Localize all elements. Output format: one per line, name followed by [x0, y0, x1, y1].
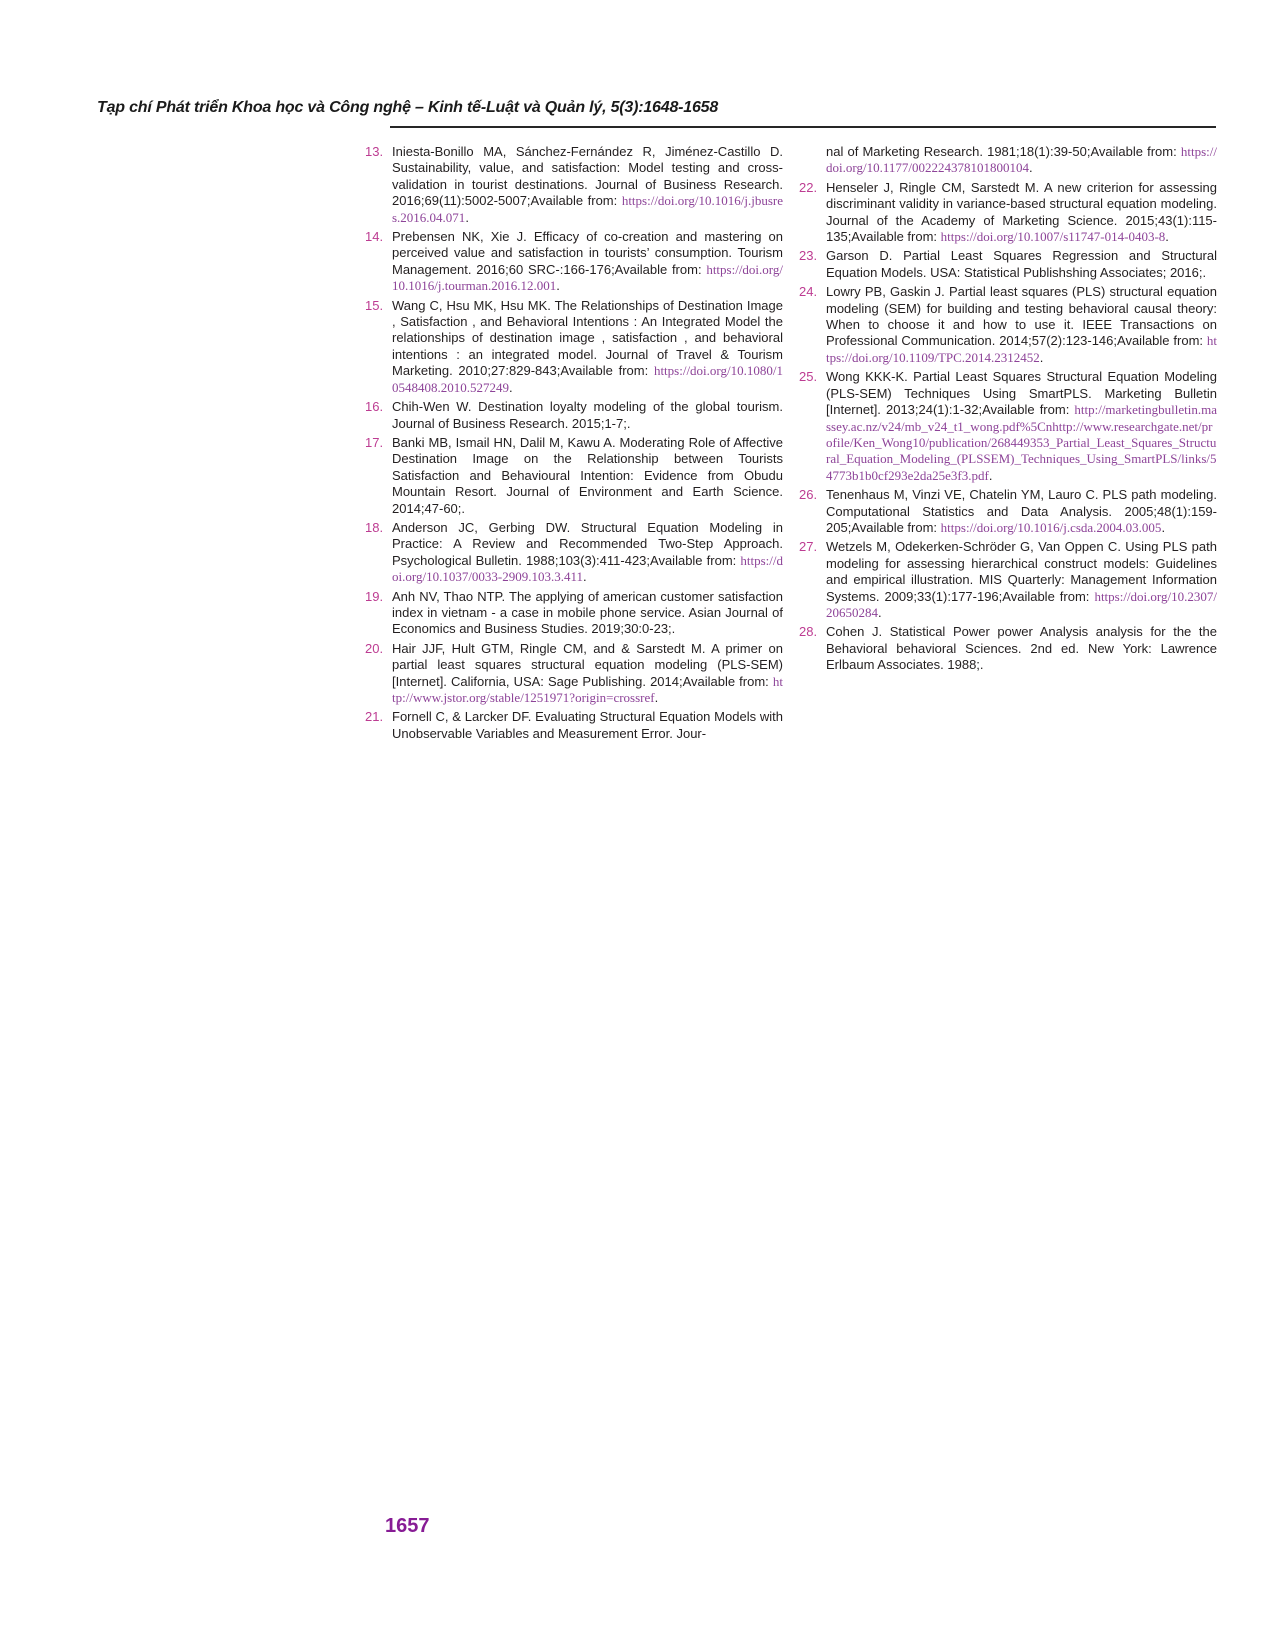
- references-column-right: nal of Marketing Research. 1981;18(1):39…: [799, 144, 1217, 745]
- reference-text: Hair JJF, Hult GTM, Ringle CM, and & Sar…: [392, 641, 783, 707]
- reference-item: 24.Lowry PB, Gaskin J. Partial least squ…: [799, 284, 1217, 366]
- reference-text-segment: nal of Marketing Research. 1981;18(1):39…: [826, 144, 1181, 159]
- reference-text-segment: Hair JJF, Hult GTM, Ringle CM, and & Sar…: [392, 641, 783, 689]
- reference-number: 25.: [799, 369, 821, 484]
- reference-text-segment: .: [465, 210, 469, 225]
- reference-number: 20.: [365, 641, 387, 707]
- reference-item: 25.Wong KKK-K. Partial Least Squares Str…: [799, 369, 1217, 484]
- doi-link[interactable]: https://doi.org/10.1007/s11747-014-0403-…: [941, 229, 1166, 244]
- reference-text: Anderson JC, Gerbing DW. Structural Equa…: [392, 520, 783, 586]
- reference-text: Wong KKK-K. Partial Least Squares Struct…: [826, 369, 1217, 484]
- reference-text-segment: .: [1040, 350, 1044, 365]
- reference-number: 27.: [799, 539, 821, 621]
- reference-text-segment: .: [1165, 229, 1169, 244]
- reference-number: 18.: [365, 520, 387, 586]
- reference-item: 26.Tenenhaus M, Vinzi VE, Chatelin YM, L…: [799, 487, 1217, 536]
- reference-text: Cohen J. Statistical Power power Analysi…: [826, 624, 1217, 673]
- reference-text-segment: Garson D. Partial Least Squares Regressi…: [826, 248, 1217, 279]
- reference-text-segment: .: [989, 468, 993, 483]
- reference-text: Chih-Wen W. Destination loyalty modeling…: [392, 399, 783, 432]
- reference-item: 20.Hair JJF, Hult GTM, Ringle CM, and & …: [365, 641, 783, 707]
- reference-item: 15.Wang C, Hsu MK, Hsu MK. The Relations…: [365, 298, 783, 396]
- reference-number: 13.: [365, 144, 387, 226]
- reference-text-segment: .: [509, 380, 513, 395]
- reference-text: Henseler J, Ringle CM, Sarstedt M. A new…: [826, 180, 1217, 246]
- reference-text: Banki MB, Ismail HN, Dalil M, Kawu A. Mo…: [392, 435, 783, 517]
- reference-number: 22.: [799, 180, 821, 246]
- reference-text-segment: .: [655, 690, 659, 705]
- reference-item: 21.Fornell C, & Larcker DF. Evaluating S…: [365, 709, 783, 742]
- reference-item: 17.Banki MB, Ismail HN, Dalil M, Kawu A.…: [365, 435, 783, 517]
- header-rule: [390, 126, 1216, 128]
- reference-text-segment: Fornell C, & Larcker DF. Evaluating Stru…: [392, 709, 783, 740]
- page-number: 1657: [385, 1515, 430, 1538]
- reference-item: 27.Wetzels M, Odekerken-Schröder G, Van …: [799, 539, 1217, 621]
- reference-number: 15.: [365, 298, 387, 396]
- reference-number: 24.: [799, 284, 821, 366]
- reference-number: 16.: [365, 399, 387, 432]
- reference-number: 19.: [365, 589, 387, 638]
- reference-text: Prebensen NK, Xie J. Efficacy of co-crea…: [392, 229, 783, 295]
- reference-text: Anh NV, Thao NTP. The applying of americ…: [392, 589, 783, 638]
- reference-text-segment: .: [878, 605, 882, 620]
- reference-item: 16.Chih-Wen W. Destination loyalty model…: [365, 399, 783, 432]
- reference-item: 23.Garson D. Partial Least Squares Regre…: [799, 248, 1217, 281]
- reference-item: 14.Prebensen NK, Xie J. Efficacy of co-c…: [365, 229, 783, 295]
- reference-text-segment: .: [1029, 160, 1033, 175]
- reference-number: 26.: [799, 487, 821, 536]
- reference-number: 23.: [799, 248, 821, 281]
- reference-number: 17.: [365, 435, 387, 517]
- reference-text: Wetzels M, Odekerken-Schröder G, Van Opp…: [826, 539, 1217, 621]
- reference-text-segment: Cohen J. Statistical Power power Analysi…: [826, 624, 1217, 672]
- reference-text-segment: Banki MB, Ismail HN, Dalil M, Kawu A. Mo…: [392, 435, 783, 516]
- doi-link[interactable]: https://doi.org/10.1016/j.csda.2004.03.0…: [941, 520, 1162, 535]
- reference-text: nal of Marketing Research. 1981;18(1):39…: [826, 144, 1217, 177]
- reference-text-segment: Anderson JC, Gerbing DW. Structural Equa…: [392, 520, 783, 568]
- reference-number: 14.: [365, 229, 387, 295]
- reference-text-segment: .: [583, 569, 587, 584]
- journal-page: Tạp chí Phát triển Khoa học và Công nghệ…: [0, 0, 1276, 1649]
- reference-item: 13.Iniesta-Bonillo MA, Sánchez-Fernández…: [365, 144, 783, 226]
- reference-text-segment: .: [556, 278, 560, 293]
- references-section: 13.Iniesta-Bonillo MA, Sánchez-Fernández…: [365, 144, 1217, 745]
- reference-text-segment: .: [1161, 520, 1165, 535]
- reference-text: Lowry PB, Gaskin J. Partial least square…: [826, 284, 1217, 366]
- reference-item: 28.Cohen J. Statistical Power power Anal…: [799, 624, 1217, 673]
- reference-text-segment: Chih-Wen W. Destination loyalty modeling…: [392, 399, 783, 430]
- reference-item: 22.Henseler J, Ringle CM, Sarstedt M. A …: [799, 180, 1217, 246]
- reference-item: 18.Anderson JC, Gerbing DW. Structural E…: [365, 520, 783, 586]
- references-column-left: 13.Iniesta-Bonillo MA, Sánchez-Fernández…: [365, 144, 783, 745]
- reference-item: nal of Marketing Research. 1981;18(1):39…: [799, 144, 1217, 177]
- running-head: Tạp chí Phát triển Khoa học và Công nghệ…: [97, 99, 718, 117]
- reference-number: [799, 144, 821, 177]
- reference-text: Fornell C, & Larcker DF. Evaluating Stru…: [392, 709, 783, 742]
- reference-number: 28.: [799, 624, 821, 673]
- reference-text: Garson D. Partial Least Squares Regressi…: [826, 248, 1217, 281]
- reference-text: Wang C, Hsu MK, Hsu MK. The Relationship…: [392, 298, 783, 396]
- reference-text: Iniesta-Bonillo MA, Sánchez-Fernández R,…: [392, 144, 783, 226]
- reference-item: 19.Anh NV, Thao NTP. The applying of ame…: [365, 589, 783, 638]
- reference-text-segment: Anh NV, Thao NTP. The applying of americ…: [392, 589, 783, 637]
- reference-text: Tenenhaus M, Vinzi VE, Chatelin YM, Laur…: [826, 487, 1217, 536]
- reference-text-segment: Lowry PB, Gaskin J. Partial least square…: [826, 284, 1217, 348]
- reference-number: 21.: [365, 709, 387, 742]
